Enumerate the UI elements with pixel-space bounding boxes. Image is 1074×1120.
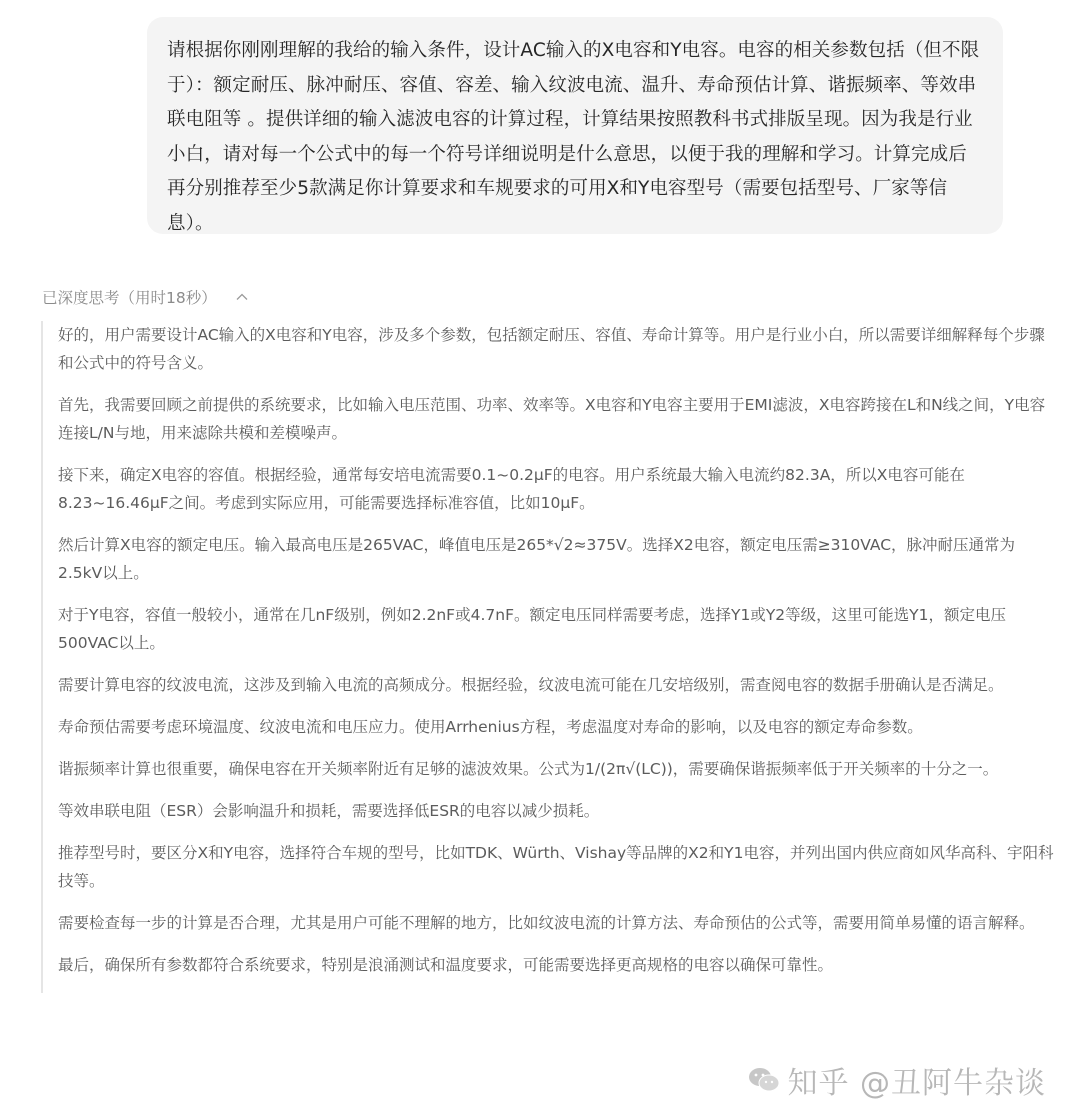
thinking-content: 好的，用户需要设计AC输入的X电容和Y电容，涉及多个参数，包括额定耐压、容值、寿… bbox=[41, 321, 1058, 993]
wechat-icon bbox=[747, 1065, 781, 1095]
user-message-text: 请根据你刚刚理解的我给的输入条件，设计AC输入的X电容和Y电容。电容的相关参数包… bbox=[167, 34, 983, 241]
chevron-up-icon[interactable] bbox=[235, 290, 249, 304]
thought-paragraph: 谐振频率计算也很重要，确保电容在开关频率附近有足够的滤波效果。公式为1/(2π√… bbox=[58, 755, 1058, 783]
thought-paragraph: 然后计算X电容的额定电压。输入最高电压是265VAC，峰值电压是265*√2≈3… bbox=[58, 531, 1058, 587]
thought-paragraph: 等效串联电阻（ESR）会影响温升和损耗，需要选择低ESR的电容以减少损耗。 bbox=[58, 797, 1058, 825]
watermark: 知乎 @丑阿牛杂谈 bbox=[747, 1058, 1046, 1102]
user-message-bubble: 请根据你刚刚理解的我给的输入条件，设计AC输入的X电容和Y电容。电容的相关参数包… bbox=[147, 17, 1003, 234]
thought-paragraph: 好的，用户需要设计AC输入的X电容和Y电容，涉及多个参数，包括额定耐压、容值、寿… bbox=[58, 321, 1058, 377]
thought-paragraph: 寿命预估需要考虑环境温度、纹波电流和电压应力。使用Arrhenius方程，考虑温… bbox=[58, 713, 1058, 741]
thought-paragraph: 接下来，确定X电容的容值。根据经验，通常每安培电流需要0.1~0.2μF的电容。… bbox=[58, 461, 1058, 517]
thought-paragraph: 需要计算电容的纹波电流，这涉及到输入电流的高频成分。根据经验，纹波电流可能在几安… bbox=[58, 671, 1058, 699]
thought-paragraph: 推荐型号时，要区分X和Y电容，选择符合车规的型号，比如TDK、Würth、Vis… bbox=[58, 839, 1058, 895]
thinking-toggle[interactable]: 已深度思考（用时18秒） bbox=[42, 286, 249, 308]
thought-paragraph: 对于Y电容，容值一般较小，通常在几nF级别，例如2.2nF或4.7nF。额定电压… bbox=[58, 601, 1058, 657]
thought-paragraph: 最后，确保所有参数都符合系统要求，特别是浪涌测试和温度要求，可能需要选择更高规格… bbox=[58, 951, 1058, 979]
thinking-duration-label: 已深度思考（用时18秒） bbox=[42, 286, 217, 308]
watermark-text: 知乎 @丑阿牛杂谈 bbox=[787, 1058, 1046, 1102]
thought-paragraph: 需要检查每一步的计算是否合理，尤其是用户可能不理解的地方，比如纹波电流的计算方法… bbox=[58, 909, 1058, 937]
thought-paragraph: 首先，我需要回顾之前提供的系统要求，比如输入电压范围、功率、效率等。X电容和Y电… bbox=[58, 391, 1058, 447]
